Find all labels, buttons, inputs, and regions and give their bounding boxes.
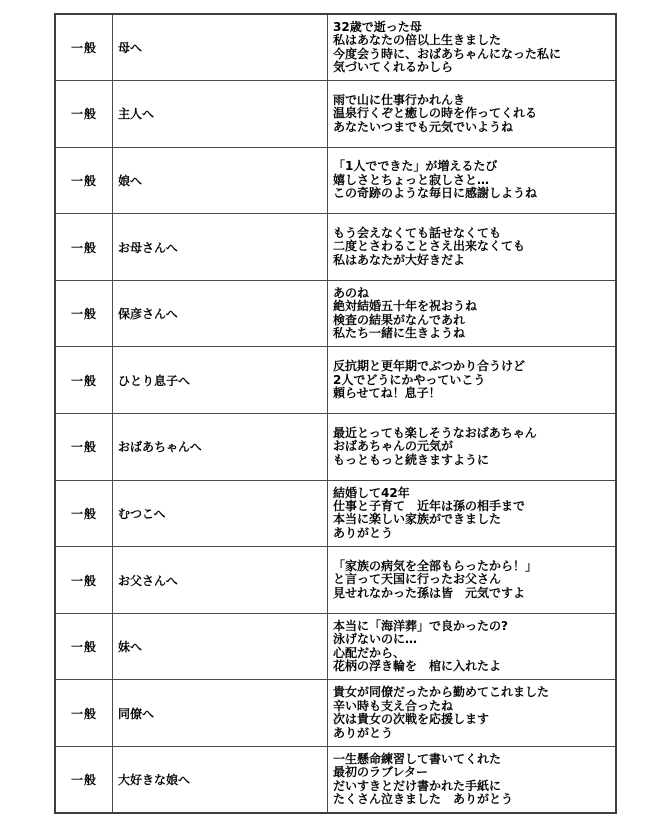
table-row: 一般 主人へ 雨で山に仕事行かれんき 温泉行くぞと癒しの時を作ってくれる あなた… (55, 81, 616, 148)
message-cell: 最近とっても楽しそうなおばあちゃん おばあちゃんの元気が もっともっと続きますよ… (328, 414, 617, 481)
recipient-cell: ひとり息子へ (113, 347, 328, 414)
table-row: 一般 お母さんへ もう会えなくても話せなくても 二度とさわることさえ出来なくても… (55, 214, 616, 281)
message-cell: 「1人でできた」が増えるたび 嬉しさとちょっと寂しさと… この奇跡のような毎日に… (328, 147, 617, 214)
recipient-cell: 同僚へ (113, 680, 328, 747)
category-cell: 一般 (55, 214, 113, 281)
table-row: 一般 妹へ 本当に「海洋葬」で良かったの? 泳げないのに… 心配だから、 花柄の… (55, 613, 616, 680)
recipient-cell: お母さんへ (113, 214, 328, 281)
message-cell: あのね 絶対結婚五十年を祝おうね 検査の結果がなんであれ 私たち一緒に生きようね (328, 280, 617, 347)
table-row: 一般 むつこへ 結婚して42年 仕事と子育て 近年は孫の相手まで 本当に楽しい家… (55, 480, 616, 547)
recipient-cell: 大好きな娘へ (113, 747, 328, 814)
message-cell: 結婚して42年 仕事と子育て 近年は孫の相手まで 本当に楽しい家族ができました … (328, 480, 617, 547)
recipient-cell: 母へ (113, 14, 328, 81)
table-row: 一般 保彦さんへ あのね 絶対結婚五十年を祝おうね 検査の結果がなんであれ 私た… (55, 280, 616, 347)
table-row: 一般 同僚へ 貴女が同僚だったから勤めてこれました 辛い時も支え合ったね 次は貴… (55, 680, 616, 747)
category-cell: 一般 (55, 14, 113, 81)
message-table: 一般 母へ 32歳で逝った母 私はあなたの倍以上生きました 今度会う時に、おばあ… (54, 13, 617, 814)
recipient-cell: 妹へ (113, 613, 328, 680)
message-cell: もう会えなくても話せなくても 二度とさわることさえ出来なくても 私はあなたが大好… (328, 214, 617, 281)
recipient-cell: おばあちゃんへ (113, 414, 328, 481)
message-cell: 本当に「海洋葬」で良かったの? 泳げないのに… 心配だから、 花柄の浮き輪を 棺… (328, 613, 617, 680)
recipient-cell: むつこへ (113, 480, 328, 547)
table-row: 一般 娘へ 「1人でできた」が増えるたび 嬉しさとちょっと寂しさと… この奇跡の… (55, 147, 616, 214)
category-cell: 一般 (55, 147, 113, 214)
recipient-cell: 娘へ (113, 147, 328, 214)
category-cell: 一般 (55, 680, 113, 747)
category-cell: 一般 (55, 480, 113, 547)
table-row: 一般 お父さんへ 「家族の病気を全部もらったから！」 と言って天国に行ったお父さ… (55, 547, 616, 614)
message-cell: 反抗期と更年期でぶつかり合うけど 2人でどうにかやっていこう 頼らせてね！息子！ (328, 347, 617, 414)
message-cell: 貴女が同僚だったから勤めてこれました 辛い時も支え合ったね 次は貴女の次戦を応援… (328, 680, 617, 747)
table-row: 一般 おばあちゃんへ 最近とっても楽しそうなおばあちゃん おばあちゃんの元気が … (55, 414, 616, 481)
message-cell: 32歳で逝った母 私はあなたの倍以上生きました 今度会う時に、おばあちゃんになっ… (328, 14, 617, 81)
category-cell: 一般 (55, 613, 113, 680)
recipient-cell: 主人へ (113, 81, 328, 148)
message-cell: 一生懸命練習して書いてくれた 最初のラブレター だいすきとだけ書かれた手紙に た… (328, 747, 617, 814)
table-row: 一般 大好きな娘へ 一生懸命練習して書いてくれた 最初のラブレター だいすきとだ… (55, 747, 616, 814)
table-row: 一般 ひとり息子へ 反抗期と更年期でぶつかり合うけど 2人でどうにかやっていこう… (55, 347, 616, 414)
message-cell: 雨で山に仕事行かれんき 温泉行くぞと癒しの時を作ってくれる あなたいつまでも元気… (328, 81, 617, 148)
category-cell: 一般 (55, 81, 113, 148)
category-cell: 一般 (55, 547, 113, 614)
category-cell: 一般 (55, 414, 113, 481)
message-cell: 「家族の病気を全部もらったから！」 と言って天国に行ったお父さん 見せれなかった… (328, 547, 617, 614)
table-row: 一般 母へ 32歳で逝った母 私はあなたの倍以上生きました 今度会う時に、おばあ… (55, 14, 616, 81)
category-cell: 一般 (55, 347, 113, 414)
document-page: 一般 母へ 32歳で逝った母 私はあなたの倍以上生きました 今度会う時に、おばあ… (0, 0, 650, 825)
category-cell: 一般 (55, 747, 113, 814)
recipient-cell: お父さんへ (113, 547, 328, 614)
category-cell: 一般 (55, 280, 113, 347)
recipient-cell: 保彦さんへ (113, 280, 328, 347)
